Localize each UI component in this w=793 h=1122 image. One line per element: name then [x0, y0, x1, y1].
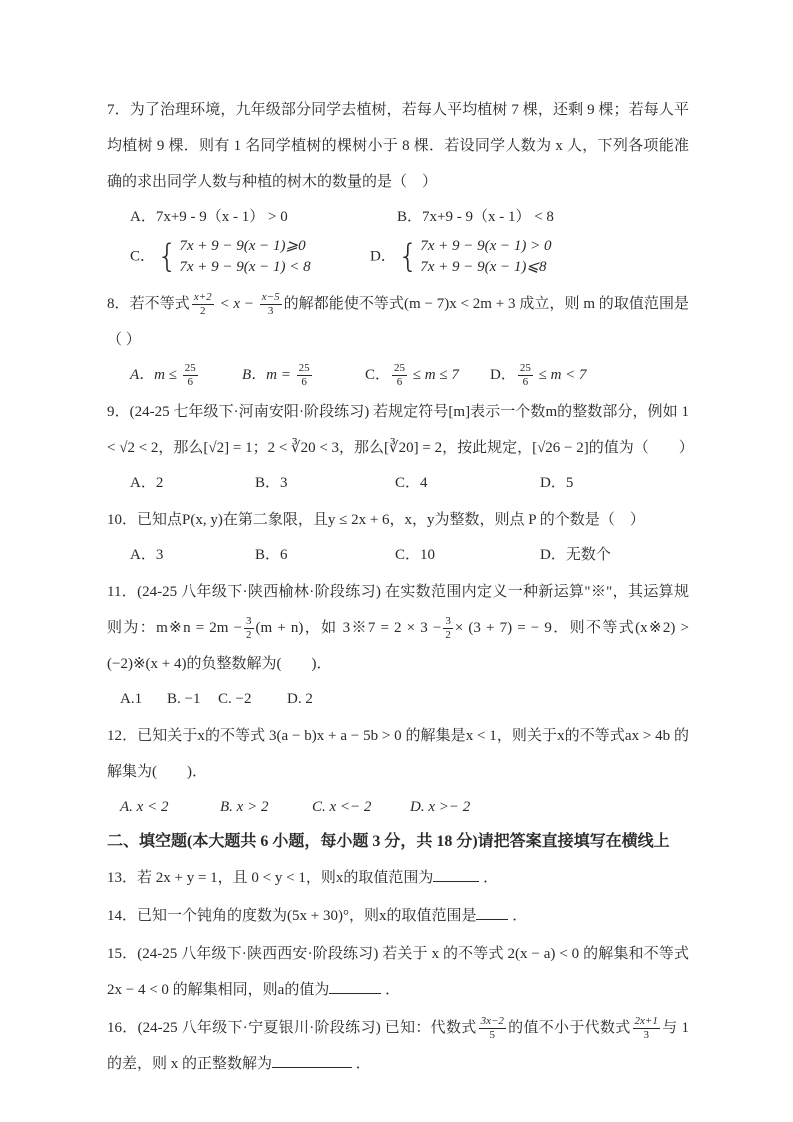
q8-option-a: A．m ≤ 256 — [130, 360, 242, 390]
q8-option-c-text: ≤ m ≤ 7 — [413, 367, 459, 383]
question-14: 14．已知一个钝角的度数为(5x + 30)°，则x的取值范围是 ． — [107, 898, 689, 934]
q13-stem: 13．若 2x + y = 1，且 0 < y < 1，则x的取值范围为 ． — [107, 860, 689, 896]
section-2-header: 二、填空题(本大题共 6 小题，每小题 3 分，共 18 分)请把答案直接填写在… — [107, 828, 689, 855]
q9-option-a: A．2 — [130, 468, 255, 498]
question-16: 16．(24-25 八年级下·宁夏银川·阶段练习) 已知：代数式3x−25的值不… — [107, 1010, 689, 1082]
q16-stem-text2: 的值不小于代数式 — [508, 1020, 631, 1036]
q11-stem: 11．(24-25 八年级下·陕西榆林·阶段练习) 在实数范围内定义一种新运算"… — [107, 574, 689, 682]
q7-option-c-line2: 7x + 9 − 9(x − 1) < 8 — [179, 257, 310, 278]
q8-option-a-text: A．m ≤ — [130, 367, 177, 383]
q15-period: ． — [385, 982, 400, 998]
question-7: 7．为了治理环境，九年级部分同学去植树，若每人平均植树 7 棵，还剩 9 棵；若… — [107, 92, 689, 278]
q11-options: A.1 B. −1 C. −2 D. 2 — [107, 684, 689, 714]
fraction: 256 — [518, 362, 533, 389]
q8-option-c: C．256 ≤ m ≤ 7 — [365, 360, 490, 390]
answer-blank — [433, 865, 479, 882]
q14-stem: 14．已知一个钝角的度数为(5x + 30)°，则x的取值范围是 ． — [107, 898, 689, 934]
q7-option-d-line2: 7x + 9 − 9(x − 1)⩽8 — [420, 257, 551, 278]
fraction-denominator: 6 — [521, 376, 531, 389]
fraction-denominator: 2 — [198, 305, 208, 318]
fraction: 32 — [443, 615, 453, 642]
q9-option-c: C．4 — [395, 468, 540, 498]
q11-option-a: A.1 — [120, 684, 167, 714]
fraction-numerator: 3 — [244, 615, 254, 629]
fraction: 32 — [244, 615, 254, 642]
fraction-numerator: 3x−2 — [479, 1015, 506, 1029]
q7-option-a: A．7x+9 - 9（x - 1） > 0 — [130, 202, 397, 232]
question-11: 11．(24-25 八年级下·陕西榆林·阶段练习) 在实数范围内定义一种新运算"… — [107, 574, 689, 714]
q16-stem-text1: 16．(24-25 八年级下·宁夏银川·阶段练习) 已知：代数式 — [107, 1020, 477, 1036]
question-10: 10．已知点P(x, y)在第二象限，且y ≤ 2x + 6，x，y为整数，则点… — [107, 502, 689, 570]
q7-option-d: D．{7x + 9 − 9(x − 1) > 07x + 9 − 9(x − 1… — [370, 236, 552, 278]
q11-option-d: D. 2 — [287, 684, 313, 714]
q9-option-b: B．3 — [255, 468, 395, 498]
q7-option-d-line1: 7x + 9 − 9(x − 1) > 0 — [420, 236, 551, 257]
fraction-denominator: 2 — [244, 629, 254, 642]
q8-option-d: D．256 ≤ m < 7 — [490, 360, 587, 390]
fraction-numerator: 25 — [183, 362, 198, 376]
fraction-denominator: 5 — [487, 1029, 497, 1042]
q13-period: ． — [483, 870, 498, 886]
q11-option-c: C. −2 — [218, 684, 287, 714]
q7-option-c-system: {7x + 9 − 9(x − 1)⩾07x + 9 − 9(x − 1) < … — [155, 236, 311, 278]
q16-period: ． — [356, 1056, 371, 1072]
q12-options: A. x < 2 B. x > 2 C. x <− 2 D. x >− 2 — [107, 792, 689, 822]
q8-stem-text2: < x − — [219, 296, 254, 312]
fraction: 256 — [392, 362, 407, 389]
q7-options-ab: A．7x+9 - 9（x - 1） > 0 B．7x+9 - 9（x - 1） … — [107, 202, 689, 232]
question-12: 12．已知关于x的不等式 3(a − b)x + a − 5b > 0 的解集是… — [107, 718, 689, 822]
q8-option-b-text: B．m = — [242, 367, 291, 383]
fraction: x−53 — [260, 291, 282, 318]
fraction-denominator: 2 — [443, 629, 453, 642]
fraction-numerator: 25 — [518, 362, 533, 376]
q8-option-d-label: D． — [490, 367, 516, 383]
q12-option-b: B. x > 2 — [220, 792, 312, 822]
fraction: 3x−25 — [479, 1015, 506, 1042]
q7-stem: 7．为了治理环境，九年级部分同学去植树，若每人平均植树 7 棵，还剩 9 棵；若… — [107, 92, 689, 200]
fraction-numerator: 25 — [392, 362, 407, 376]
q7-option-c-line1: 7x + 9 − 9(x − 1)⩾0 — [179, 236, 310, 257]
question-13: 13．若 2x + y = 1，且 0 < y < 1，则x的取值范围为 ． — [107, 860, 689, 896]
fraction-numerator: 3 — [443, 615, 453, 629]
q13-stem-text: 13．若 2x + y = 1，且 0 < y < 1，则x的取值范围为 — [107, 870, 433, 886]
fraction-denominator: 6 — [185, 376, 195, 389]
q7-option-b: B．7x+9 - 9（x - 1） < 8 — [397, 202, 554, 232]
q14-stem-text: 14．已知一个钝角的度数为(5x + 30)°，则x的取值范围是 — [107, 908, 476, 924]
q16-stem: 16．(24-25 八年级下·宁夏银川·阶段练习) 已知：代数式3x−25的值不… — [107, 1010, 689, 1082]
question-8: 8．若不等式x+22 < x − x−53的解都能使不等式(m − 7)x < … — [107, 286, 689, 390]
q7-option-d-label: D． — [370, 248, 396, 264]
q10-option-d: D．无数个 — [540, 540, 611, 570]
q7-option-c: C．{7x + 9 − 9(x − 1)⩾07x + 9 − 9(x − 1) … — [130, 236, 370, 278]
q15-stem: 15．(24-25 八年级下·陕西西安·阶段练习) 若关于 x 的不等式 2(x… — [107, 936, 689, 1008]
fraction-numerator: 25 — [297, 362, 312, 376]
q12-option-a: A. x < 2 — [120, 792, 220, 822]
fraction: 2x+13 — [633, 1015, 660, 1042]
answer-blank — [272, 1051, 352, 1068]
q12-option-d: D. x >− 2 — [410, 792, 470, 822]
q12-stem: 12．已知关于x的不等式 3(a − b)x + a − 5b > 0 的解集是… — [107, 718, 689, 790]
q10-stem: 10．已知点P(x, y)在第二象限，且y ≤ 2x + 6，x，y为整数，则点… — [107, 502, 689, 538]
fraction: 256 — [297, 362, 312, 389]
q10-option-c: C．10 — [395, 540, 540, 570]
fraction: 256 — [183, 362, 198, 389]
q9-option-d: D．5 — [540, 468, 573, 498]
question-15: 15．(24-25 八年级下·陕西西安·阶段练习) 若关于 x 的不等式 2(x… — [107, 936, 689, 1008]
fraction-denominator: 6 — [299, 376, 309, 389]
answer-blank — [329, 977, 381, 994]
question-9: 9．(24-25 七年级下·河南安阳·阶段练习) 若规定符号[m]表示一个数m的… — [107, 394, 689, 498]
q8-option-b: B．m = 256 — [242, 360, 365, 390]
fraction-denominator: 3 — [266, 305, 276, 318]
q14-period: ． — [512, 908, 527, 924]
q10-options: A．3 B．6 C．10 D．无数个 — [107, 540, 689, 570]
q12-option-c: C. x <− 2 — [312, 792, 410, 822]
q8-option-c-label: C． — [365, 367, 390, 383]
q7-options-cd: C．{7x + 9 − 9(x − 1)⩾07x + 9 − 9(x − 1) … — [107, 236, 689, 278]
fraction-denominator: 6 — [395, 376, 405, 389]
q8-option-d-text: ≤ m < 7 — [539, 367, 587, 383]
fraction: x+22 — [192, 291, 214, 318]
fraction-numerator: 2x+1 — [633, 1015, 660, 1029]
exam-page: 7．为了治理环境，九年级部分同学去植树，若每人平均植树 7 棵，还剩 9 棵；若… — [107, 92, 689, 1084]
q11-option-b: B. −1 — [167, 684, 218, 714]
q10-option-b: B．6 — [255, 540, 395, 570]
q9-options: A．2 B．3 C．4 D．5 — [107, 468, 689, 498]
q7-option-c-label: C． — [130, 248, 155, 264]
q8-options: A．m ≤ 256 B．m = 256 C．256 ≤ m ≤ 7 D．256 … — [107, 360, 689, 390]
q7-option-d-system: {7x + 9 − 9(x − 1) > 07x + 9 − 9(x − 1)⩽… — [396, 236, 552, 278]
fraction-numerator: x+2 — [192, 291, 214, 305]
q9-stem: 9．(24-25 七年级下·河南安阳·阶段练习) 若规定符号[m]表示一个数m的… — [107, 394, 689, 466]
fraction-denominator: 3 — [641, 1029, 651, 1042]
q8-stem: 8．若不等式x+22 < x − x−53的解都能使不等式(m − 7)x < … — [107, 286, 689, 358]
cases-brace: { — [398, 241, 418, 271]
cases-brace: { — [157, 241, 177, 271]
q11-stem-text2: (m + n)，如 3※7 = 2 × 3 − — [256, 620, 442, 636]
q8-stem-text1: 8．若不等式 — [107, 296, 190, 312]
answer-blank — [476, 903, 508, 920]
q10-option-a: A．3 — [130, 540, 255, 570]
fraction-numerator: x−5 — [260, 291, 282, 305]
